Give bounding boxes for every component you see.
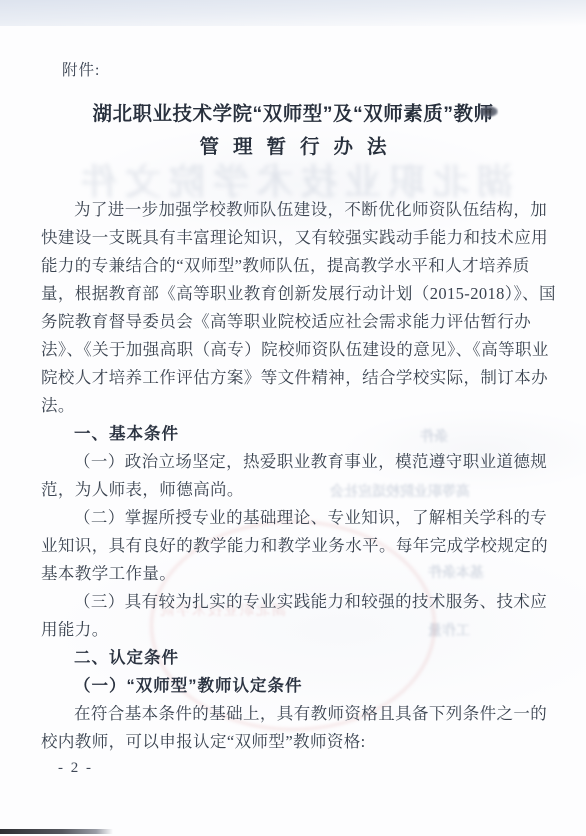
text-line: 在符合基本条件的基础上，具有教师资格且具备下列条件之一的 bbox=[41, 700, 553, 728]
text-line: 用能力。 bbox=[41, 616, 553, 644]
section-heading: 一、基本条件 bbox=[41, 420, 553, 448]
text-line: （一）政治立场坚定，热爱职业教育事业，模范遵守职业道德规 bbox=[41, 448, 553, 476]
text-line: 为了进一步加强学校教师队伍建设，不断优化师资队伍结构，加 bbox=[41, 196, 553, 224]
text-line: 法》、《关于加强高职（高专）院校师资队伍建设的意见》、《高等职业 bbox=[41, 336, 553, 364]
text-line: 业知识，具有良好的教学能力和教学业务水平。每年完成学校规定的 bbox=[41, 532, 553, 560]
text-line: 务院教育督导委员会《高等职业院校适应社会需求能力评估暂行办 bbox=[41, 308, 553, 336]
document-title-line2: 管理暂行办法 bbox=[0, 131, 586, 159]
text-line: 能力的专兼结合的“双师型”教师队伍，提高教学水平和人才培养质 bbox=[41, 252, 553, 280]
text-line: 基本教学工作量。 bbox=[41, 560, 553, 588]
text-line: 量，根据教育部《高等职业教育创新发展行动计划（2015-2018）》、国 bbox=[41, 280, 553, 308]
scan-smudge bbox=[479, 106, 498, 117]
text-line: 院校人才培养工作评估方案》等文件精神，结合学校实际，制订本办 bbox=[41, 364, 553, 392]
page-number: - 2 - bbox=[58, 760, 93, 777]
text-line: （三）具有较为扎实的专业实践能力和较强的技术服务、技术应 bbox=[41, 588, 553, 616]
scan-edge-band bbox=[0, 0, 586, 26]
attachment-label: 附件: bbox=[62, 58, 100, 80]
text-line: 范，为人师表，师德高尚。 bbox=[41, 476, 553, 504]
sub-heading: （一）“双师型”教师认定条件 bbox=[41, 672, 553, 700]
scan-edge-artifact bbox=[0, 829, 113, 834]
document-body: 为了进一步加强学校教师队伍建设，不断优化师资队伍结构，加 快建设一支既具有丰富理… bbox=[41, 196, 553, 756]
text-line: 法。 bbox=[41, 392, 553, 420]
text-line: 校内教师，可以申报认定“双师型”教师资格: bbox=[41, 728, 553, 756]
section-heading: 二、认定条件 bbox=[41, 644, 553, 672]
document-title-line1: 湖北职业技术学院“双师型”及“双师素质”教师 bbox=[0, 98, 586, 126]
text-line: 快建设一支既具有丰富理论知识，又有较强实践动手能力和技术应用 bbox=[41, 224, 553, 252]
scanned-document-page: 湖北职业技术学院文件 条件 高等职业院校适应社会 基本条件 工作量 湖北职业技术… bbox=[0, 0, 586, 836]
text-line: （二）掌握所授专业的基础理论、专业知识，了解相关学科的专 bbox=[41, 504, 553, 532]
